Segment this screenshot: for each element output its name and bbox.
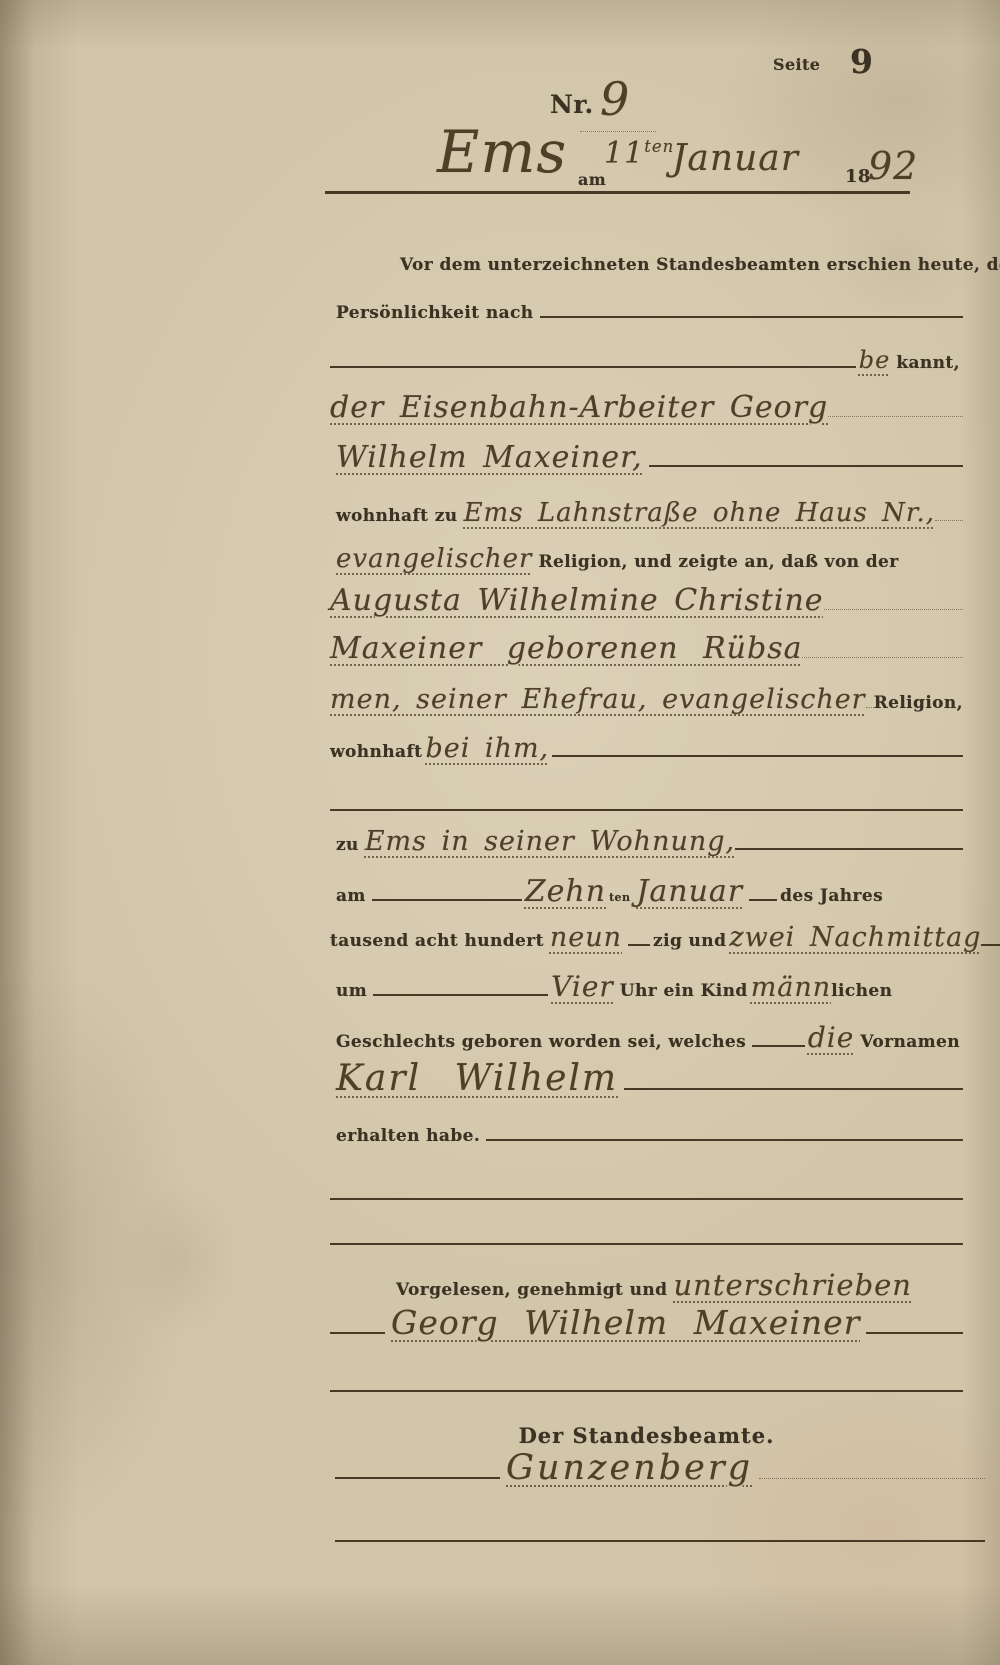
names-label: Vornamen — [860, 1032, 960, 1052]
birthplace-handwritten: Ems in seiner Wohnung, — [365, 826, 735, 857]
declarant-signature-row: Georg Wilhelm Maxeiner — [330, 1303, 963, 1342]
year-handwritten-1: neun — [550, 922, 622, 953]
gender-handwritten: männ — [751, 972, 831, 1003]
mother-religion-printed: Religion, — [874, 693, 963, 713]
rule-line — [752, 1045, 805, 1047]
rule-line — [330, 366, 856, 368]
mother-residence-handwritten: bei ihm, — [425, 733, 549, 764]
birthmonth-handwritten: Januar — [636, 874, 743, 909]
registrar-title: Der Standesbeamte. — [519, 1423, 775, 1448]
bottom-rule-line — [335, 1540, 985, 1542]
mother-handwritten-1: Augusta Wilhelmine Christine — [330, 583, 824, 618]
mother-handwritten-3: men, seiner Ehefrau, evangelischer — [330, 684, 866, 715]
time-printed: Uhr ein Kind — [620, 981, 748, 1001]
document-page: Seite 9 Nr. 9 Ems am 11ten Januar 18 92 … — [0, 0, 1000, 1665]
child-name-handwritten: Karl Wilhelm — [336, 1058, 618, 1099]
registrar-signature: Gunzenberg — [506, 1448, 753, 1488]
header-rule-line — [325, 191, 910, 194]
blank-rule-line — [330, 1390, 963, 1392]
month-handwritten: Januar — [672, 138, 799, 179]
identity-label: Persönlichkeit nach — [336, 303, 534, 323]
rule-line — [372, 899, 522, 901]
closing-row: Vorgelesen, genehmigt und unterschrieben — [390, 1268, 963, 1302]
known-handwritten: be — [859, 346, 891, 374]
rule-line — [486, 1139, 963, 1141]
year-handwritten: 92 — [868, 144, 918, 188]
intro-row: Vor dem unterzeichneten Standesbeamten e… — [400, 255, 963, 275]
dotted-rule-line — [802, 657, 963, 658]
rule-line — [981, 944, 1000, 946]
religion-row: evangelischer Religion, und zeigte an, d… — [330, 544, 963, 574]
received-row: erhalten habe. — [330, 1126, 963, 1146]
century-printed: 18 — [845, 166, 871, 187]
dotted-rule-line — [824, 609, 963, 610]
declarant-row-2: Wilhelm Maxeiner, — [330, 440, 963, 475]
rule-line — [628, 944, 650, 946]
gender-printed: lichen — [831, 981, 892, 1001]
birthdate-row: am Zehn ten Januar des Jahres — [330, 874, 963, 909]
registrar-signature-row: Gunzenberg — [335, 1448, 985, 1488]
paper-stain — [120, 1180, 240, 1340]
residence-label: wohnhaft zu — [336, 506, 458, 526]
year-printed-1: tausend acht hundert — [330, 931, 544, 951]
names-article-handwritten: die — [808, 1021, 854, 1054]
received-label: erhalten habe. — [336, 1126, 480, 1146]
declarant-handwritten-1: der Eisenbahn-Arbeiter Georg — [330, 390, 828, 425]
rule-line — [649, 465, 963, 467]
mother-row-3: men, seiner Ehefrau, evangelischer Relig… — [330, 684, 963, 715]
rule-line — [624, 1088, 963, 1090]
rule-line — [330, 1332, 385, 1334]
year-printed-2: zig und — [653, 931, 726, 951]
declarant-signature: Georg Wilhelm Maxeiner — [391, 1303, 860, 1342]
day-suffix-handwritten: ten — [644, 137, 674, 156]
page-label: Seite — [773, 55, 820, 74]
religion-handwritten: evangelischer — [336, 544, 532, 574]
birthday-handwritten: Zehn — [525, 874, 606, 909]
birthday-suffix-printed: ten — [609, 891, 630, 904]
birthplace-row: zu Ems in seiner Wohnung, — [330, 826, 963, 857]
blank-rule-line — [330, 809, 963, 811]
dotted-rule-line — [828, 416, 963, 417]
birthplace-label: zu — [336, 835, 359, 855]
birthtime-row: um Vier Uhr ein Kind männ lichen — [330, 970, 963, 1003]
declarant-handwritten-2: Wilhelm Maxeiner, — [336, 440, 643, 475]
record-number-label: Nr. — [550, 90, 594, 119]
page-number: 9 — [850, 42, 873, 81]
blank-rule-line — [330, 1243, 963, 1245]
mother-residence-label: wohnhaft — [330, 742, 422, 762]
dotted-rule-line — [759, 1478, 985, 1479]
blank-rule-line — [330, 1198, 963, 1200]
time-label: um — [336, 981, 367, 1001]
rule-line — [373, 994, 548, 996]
declarant-row-1: der Eisenbahn-Arbeiter Georg — [330, 390, 963, 425]
rule-line — [552, 755, 963, 757]
mother-residence-row: wohnhaft bei ihm, — [330, 733, 963, 764]
record-number-value: 9 — [600, 72, 630, 126]
closing-printed: Vorgelesen, genehmigt und — [396, 1280, 667, 1300]
rule-line — [749, 899, 777, 901]
day-handwritten: 11ten — [604, 136, 674, 171]
closing-handwritten: unterschrieben — [673, 1268, 912, 1302]
am-label: am — [578, 170, 606, 189]
year-of-label: des Jahres — [780, 886, 883, 906]
known-row: be kannt, — [330, 346, 963, 374]
residence-row: wohnhaft zu Ems Lahnstraße ohne Haus Nr.… — [330, 498, 963, 528]
rule-line — [735, 848, 963, 850]
rule-line — [540, 316, 963, 318]
year-handwritten-2: zwei Nachmittag — [729, 922, 981, 953]
birthyear-row: tausend acht hundert neun zig und zwei N… — [330, 922, 963, 953]
known-printed: kannt, — [896, 353, 960, 373]
residence-handwritten: Ems Lahnstraße ohne Haus Nr., — [464, 498, 935, 528]
intro-sentence: Vor dem unterzeichneten Standesbeamten e… — [400, 255, 1000, 275]
time-handwritten: Vier — [551, 970, 614, 1003]
gender-sentence-row: Geschlechts geboren worden sei, welches … — [330, 1021, 963, 1054]
rule-line — [866, 1332, 963, 1334]
mother-handwritten-2: Maxeiner geborenen Rübsa — [330, 631, 802, 666]
birthdate-am-label: am — [336, 886, 366, 906]
mother-row-2: Maxeiner geborenen Rübsa — [330, 631, 963, 666]
rule-line — [335, 1477, 500, 1479]
dotted-rule-line — [866, 707, 874, 708]
religion-printed: Religion, und zeigte an, daß von der — [538, 552, 898, 572]
registrar-title-row: Der Standesbeamte. — [330, 1423, 963, 1448]
registry-place-handwritten: Ems — [437, 118, 567, 186]
child-name-row: Karl Wilhelm — [330, 1058, 963, 1099]
mother-row-1: Augusta Wilhelmine Christine — [330, 583, 963, 618]
gender-sentence: Geschlechts geboren worden sei, welches — [336, 1032, 746, 1052]
record-number-dotted-line — [580, 131, 656, 132]
identity-row: Persönlichkeit nach — [330, 303, 963, 323]
dotted-rule-line — [935, 520, 963, 521]
